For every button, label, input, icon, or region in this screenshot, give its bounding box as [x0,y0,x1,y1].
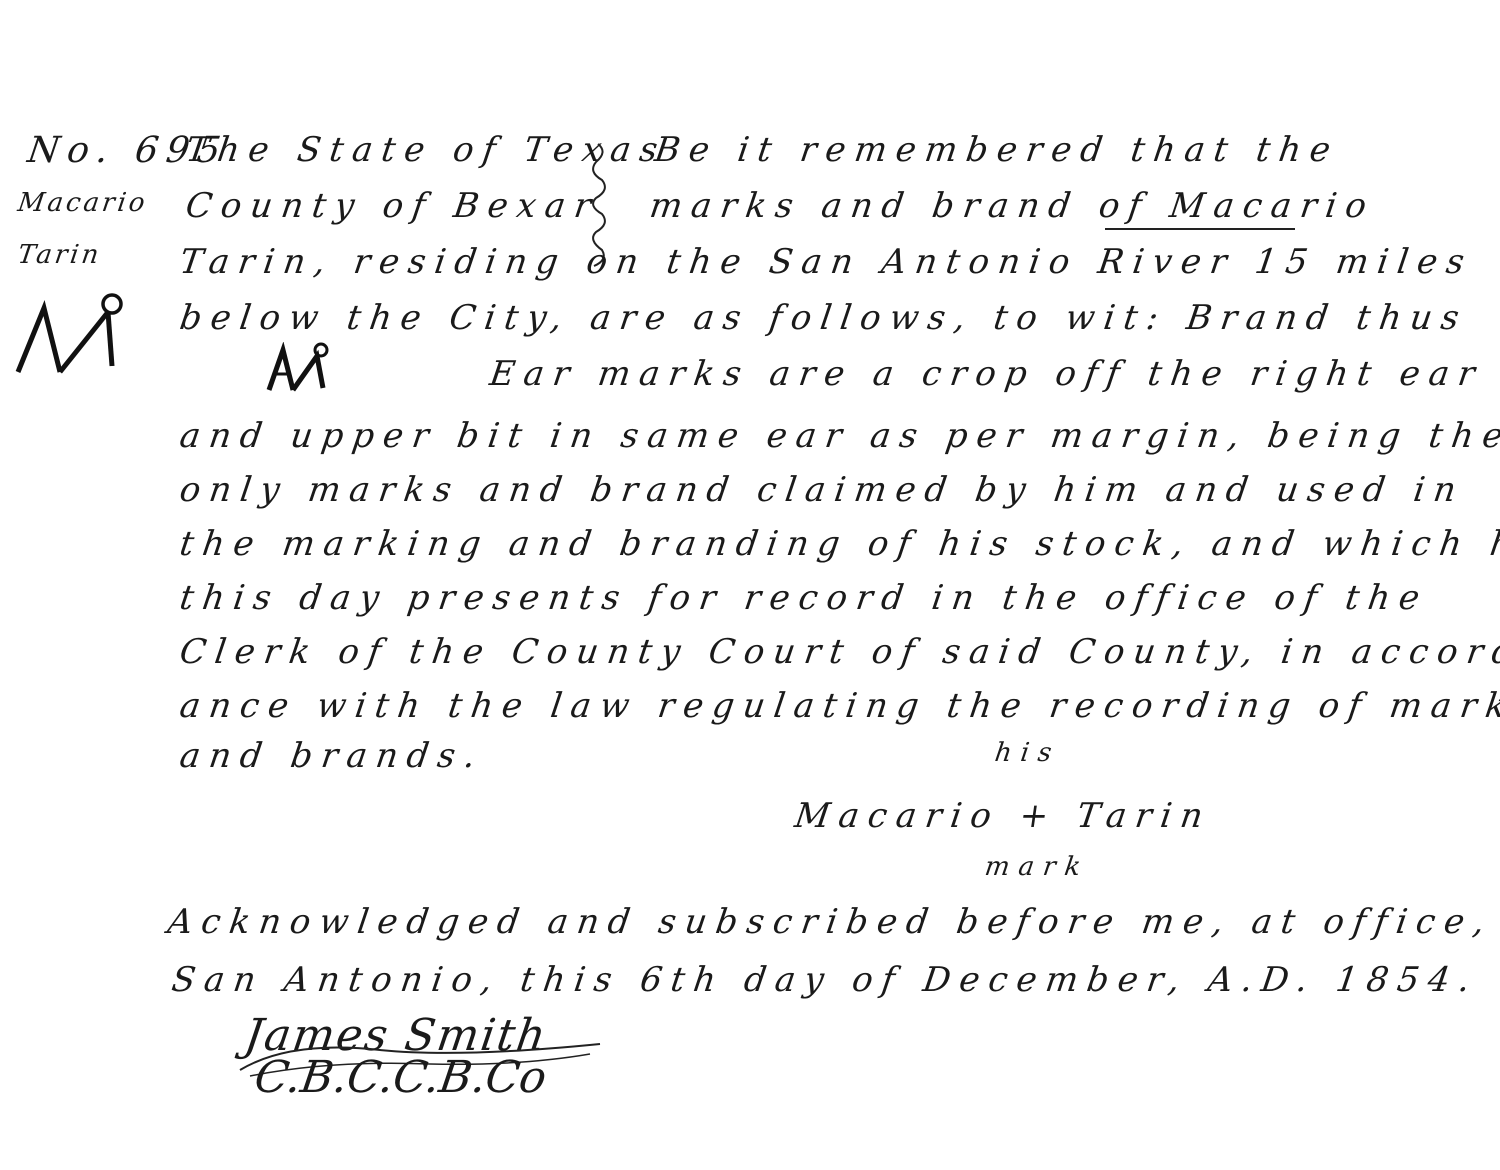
body-line-6: and upper bit in same ear as per margin,… [177,416,1500,456]
body-line-3: Tarin, residing on the San Antonio River… [177,242,1475,282]
brand-symbol-icon [265,342,340,394]
margin-name-last: Tarin [16,240,104,270]
body-line-2: marks and brand of Macario [647,186,1378,226]
body-line-5: Ear marks are a crop off the right ear [487,354,1486,394]
body-line-9: this day presents for record in the offi… [177,578,1431,618]
body-line-1: Be it remembered that the [652,130,1342,170]
body-line-12: and brands. [177,736,487,776]
clerk-title: C.B.C.C.B.Co [251,1052,549,1103]
brand-icon [14,290,129,380]
body-line-4: below the City, are as follows, to wit: … [177,298,1470,338]
signature-mark: mark [983,852,1092,882]
body-line-11: ance with the law regulating the recordi… [177,686,1500,726]
body-line-7: only marks and brand claimed by him and … [177,470,1467,510]
acknowledgement-line-1: Acknowledged and subscribed before me, a… [165,902,1500,942]
signature-his: his [993,738,1063,768]
margin-name-first: Macario [16,188,150,218]
header-county: County of Bexar [183,186,602,226]
body-line-10: Clerk of the County Court of said County… [177,632,1500,672]
acknowledgement-line-2: San Antonio, this 6th day of December, A… [169,960,1481,1000]
signature-name: Macario + Tarin [792,796,1214,836]
body-line-8: the marking and branding of his stock, a… [177,524,1500,564]
name-underline [1105,228,1295,230]
